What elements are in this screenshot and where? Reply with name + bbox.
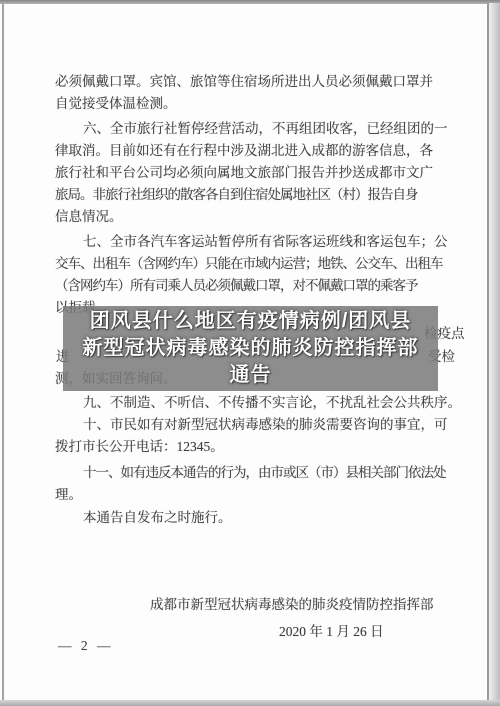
document-line: 十、市民如有对新型冠状病毒感染的肺炎需要咨询的事宜，可 [83, 413, 448, 433]
document-line: 九、不制造、不听信、不传播不实言论，不扰乱社会公共秩序。 [83, 391, 461, 411]
page-number: — 2 — [58, 638, 114, 654]
headline-line-2: 新型冠状病毒感染的肺炎防控指挥部 [63, 335, 438, 362]
document-line: 律取消。目前如还有在行程中涉及湖北进入成都的游客信息，各 [55, 139, 433, 159]
scan-edge-bottom [0, 700, 500, 706]
document-line: 本通告自发布之时施行。 [83, 506, 232, 526]
document-line: 拨打市长公开电话：12345。 [55, 435, 224, 455]
document-line: 信息情况。 [55, 205, 123, 225]
document-line: 自觉接受体温检测。 [55, 92, 177, 112]
document-line: 十一、如有违反本通告的行为，由市或区（市）县相关部门依法处 [83, 461, 446, 481]
document-line: 理。 [55, 483, 82, 503]
scan-margin-right [489, 3, 500, 706]
scan-edge-top [0, 0, 500, 4]
document-line: 旅局。非旅行社组织的散客各自到住宿处属地社区（村）报告自身 [55, 183, 418, 203]
document-line: 六、全市旅行社暂停经营活动，不再组团收客，已经组团的一 [83, 117, 448, 137]
scan-edge-left [2, 3, 4, 706]
document-line: （含网约车）所有司乘人员必须佩戴口罩，对不佩戴口罩的乘客予 [55, 274, 418, 294]
headline-line-1: 团风县什么地区有疫情病例/团风县 [63, 308, 438, 335]
issuer-line: 成都市新型冠状病毒感染的肺炎疫情防控指挥部 [150, 593, 434, 613]
document-line: 七、全市各汽车客运站暂停所有省际客运班线和客运包车；公 [83, 230, 448, 250]
headline-overlay: 团风县什么地区有疫情病例/团风县 新型冠状病毒感染的肺炎防控指挥部 通告 [63, 306, 438, 391]
document-line: 旅行社和平台公司均必须向属地文旅部门报告并抄送成都市文广 [55, 161, 433, 181]
document-line: 交车、出租车（含网约车）只能在市域内运营；地铁、公交车、出租车 [55, 252, 443, 272]
date-line: 2020 年 1 月 26 日 [279, 620, 384, 640]
document-line: 必须佩戴口罩。宾馆、旅馆等住宿场所进出人员必须佩戴口罩并 [55, 70, 433, 90]
document-photo: 必须佩戴口罩。宾馆、旅馆等住宿场所进出人员必须佩戴口罩并自觉接受体温检测。六、全… [0, 0, 500, 706]
headline-line-3: 通告 [63, 362, 438, 389]
